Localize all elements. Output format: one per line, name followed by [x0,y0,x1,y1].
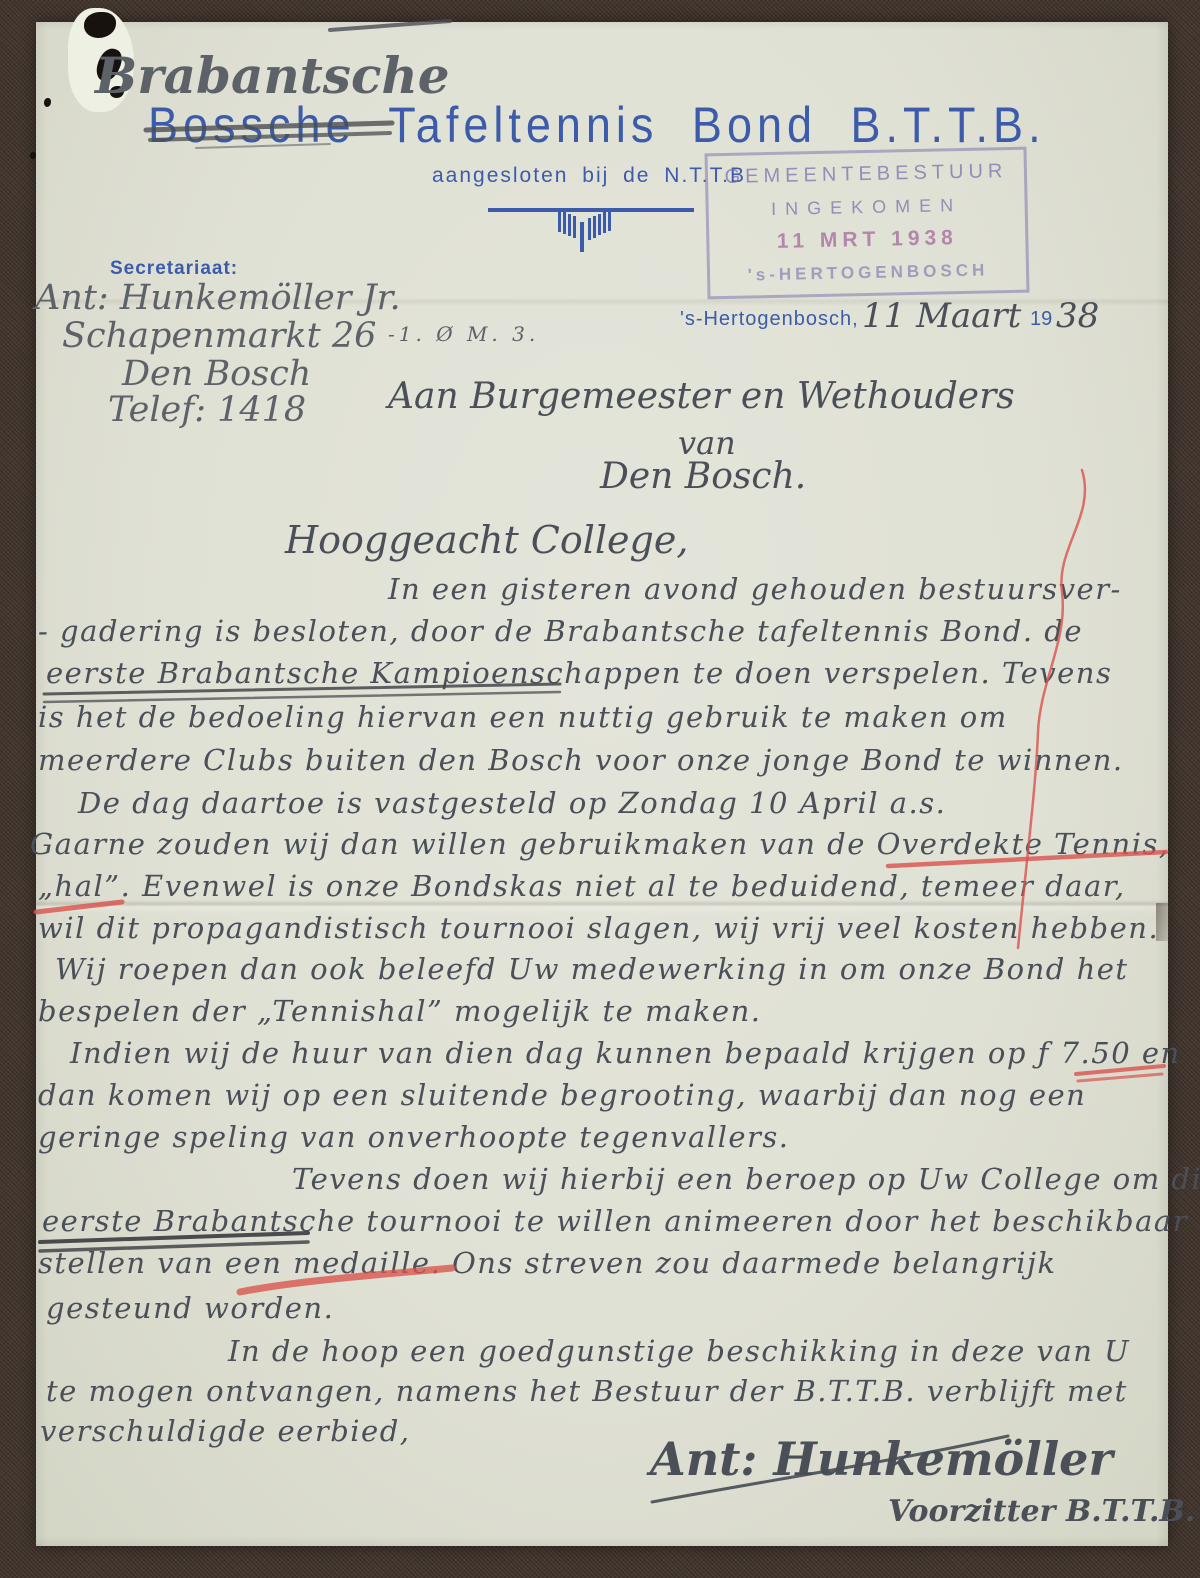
recipient-line: Den Bosch. [600,456,806,497]
body-line: Tevens doen wij hierbij een beroep op Uw… [292,1162,1200,1196]
letterhead-subtitle: aangesloten bij de N.T.T.B [432,164,746,188]
body-line: bespelen der „Tennishal” mogelijk te mak… [38,994,762,1028]
dateline-date: 11 Maart [862,296,1021,336]
letterhead-crossed-word: Bossche [148,96,356,153]
body-line: is het de bedoeling hiervan een nuttig g… [38,700,1008,734]
net-logo-icon [558,212,628,256]
body-line: te mogen ontvangen, namens het Bestuur d… [46,1374,1128,1408]
dateline-year-handwritten: 38 [1056,296,1099,336]
stamp-date: 11 MRT 1938 [777,226,959,254]
secretariat-label: Secretariaat: [110,258,238,280]
signature-name: Ant: Hunkemöller [650,1432,1113,1486]
body-line: De dag daartoe is vastgesteld op Zondag … [78,786,946,820]
municipal-stamp: GEMEENTEBESTUUR INGEKOMEN 11 MRT 1938 's… [705,147,1030,300]
body-line: Gaarne zouden wij dan willen gebruikmake… [30,827,1170,861]
body-line: eerste Brabantsche tournooi te willen an… [42,1204,1188,1238]
secretariat-name: Ant: Hunkemöller Jr. [35,278,401,318]
body-line: Indien wij de huur van dien dag kunnen b… [70,1036,1181,1070]
body-line: gesteund worden. [46,1291,334,1325]
body-line: dan komen wij op een sluitende begrootin… [38,1078,1086,1112]
body-line: eerste Brabantsche Kampioenschappen te d… [46,656,1112,690]
body-line: verschuldigde eerbied, [40,1414,410,1448]
body-line: geringe speling van onverhoopte tegenval… [38,1120,789,1154]
letterhead-title-rest: Tafeltennis Bond B.T.T.B. [356,96,1046,153]
secretariat-street: Schapenmarkt 26 [62,316,376,356]
scan-background: Brabantsche Bossche Tafeltennis Bond B.T… [0,0,1200,1578]
body-line: - gadering is besloten, door de Brabants… [38,614,1083,648]
body-line: „hal”. Evenwel is onze Bondskas niet al … [38,869,1126,903]
stamp-line: 's-HERTOGENBOSCH [748,260,989,285]
body-line: stellen van een medaille. Ons streven zo… [38,1246,1057,1280]
body-line: In een gisteren avond gehouden bestuursv… [388,572,1122,606]
secretariat-city: Den Bosch [122,354,311,394]
registry-note: -1. Ø M. 3. [388,322,539,346]
body-line: In de hoop een goedgunstige beschikking … [228,1334,1130,1368]
body-line: wil dit propagandistisch tournooi slagen… [38,911,1159,945]
body-line: Wij roepen dan ook beleefd Uw medewerkin… [55,952,1129,986]
recipient-line: Aan Burgemeester en Wethouders [388,376,1015,417]
body-line: meerdere Clubs buiten den Bosch voor onz… [38,743,1124,777]
signature-role: Voorzitter B.T.T.B. [888,1494,1195,1529]
letterhead-title: Bossche Tafeltennis Bond B.T.T.B. [148,96,1046,154]
stamp-line: INGEKOMEN [771,195,962,220]
dateline-year-printed: 19 [1030,308,1052,331]
stamp-line: GEMEENTEBESTUUR [724,160,1007,189]
salutation: Hooggeacht College, [285,518,688,562]
dateline-place: 's-Hertogenbosch, [680,308,859,331]
secretariat-phone: Telef: 1418 [108,390,306,430]
